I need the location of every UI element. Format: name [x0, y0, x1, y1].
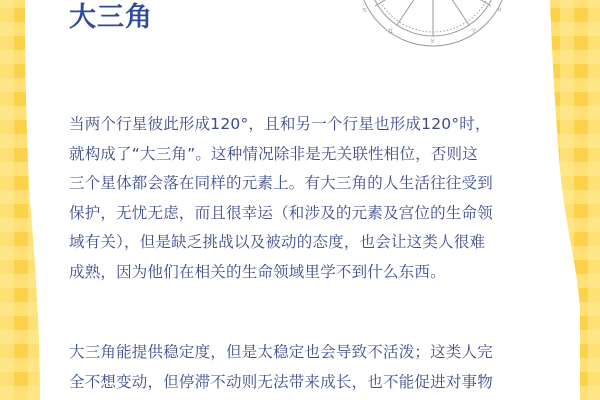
text-line: 域有关），但是缺乏挑战以及被动的态度，也会让这类人很难	[69, 228, 539, 258]
text-line: 成熟，因为他们在相关的生命领域里学不到什么东西。	[69, 258, 539, 288]
svg-text:♈: ♈	[471, 28, 477, 35]
text-line: 三个星体都会落在同样的元素上。有大三角的人生活往往受到	[69, 169, 539, 199]
text-line: 大三角能提供稳定度，但是太稳定也会导致不活泼；这类人完	[69, 338, 539, 368]
article-title: 大三角	[69, 2, 153, 34]
paragraph-2: 大三角能提供稳定度，但是太稳定也会导致不活泼；这类人完 全不想变动，但停滞不动则…	[69, 338, 539, 397]
text-line: 保护，无忧无虑，而且很幸运（和涉及的元素及宫位的生命领	[69, 199, 539, 229]
svg-text:♓: ♓	[497, 7, 502, 14]
svg-text:♉: ♉	[430, 38, 435, 45]
svg-text:♊: ♊	[388, 28, 393, 35]
text-line: 就构成了“大三角”。这种情况除非是无关联性相位，否则这	[69, 140, 539, 170]
text-line: 当两个行星彼此形成120°，且和另一个行星也形成120°时，	[69, 110, 539, 140]
paragraph-1: 当两个行星彼此形成120°，且和另一个行星也形成120°时， 就构成了“大三角”…	[69, 110, 539, 287]
svg-text:♋: ♋	[362, 7, 367, 14]
text-line: 全不想变动，但停滞不动则无法带来成长，也不能促进对事物	[69, 368, 539, 398]
